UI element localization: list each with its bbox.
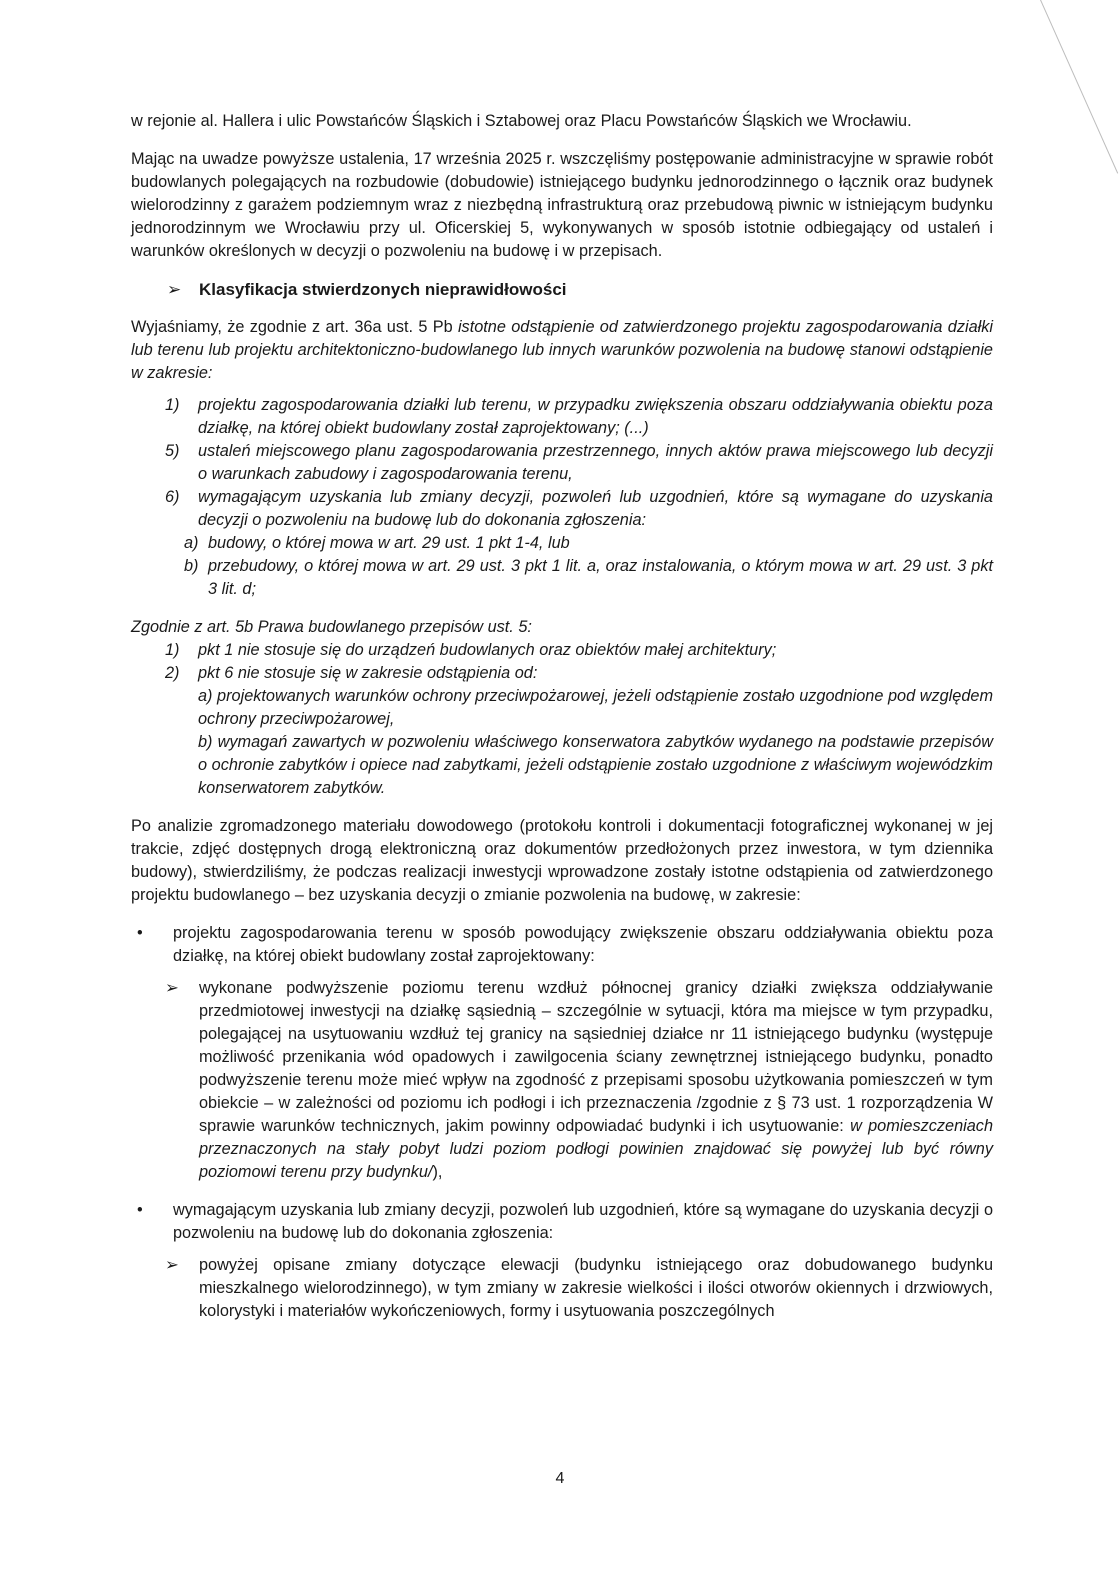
item-text: wymagającym uzyskania lub zmiany decyzji… (198, 488, 993, 529)
art5b-subitem: b) wymagań zawartych w pozwoleniu właści… (131, 731, 993, 800)
finding-item: • projektu zagospodarowania terenu w spo… (131, 922, 993, 968)
finding-detail-tail: ), (433, 1163, 443, 1181)
art36a-subitem: a) budowy, o której mowa w art. 29 ust. … (131, 532, 993, 555)
art36a-subitem: b) przebudowy, o której mowa w art. 29 u… (131, 555, 993, 601)
subitem-text: przebudowy, o której mowa w art. 29 ust.… (208, 557, 993, 598)
art5b-item: 1) pkt 1 nie stosuje się do urządzeń bud… (131, 639, 993, 662)
page-number: 4 (0, 1470, 1120, 1488)
document-page: w rejonie al. Hallera i ulic Powstańców … (131, 110, 993, 1323)
art36a-item: 6) wymagającym uzyskania lub zmiany decy… (131, 486, 993, 532)
arrow-bullet-icon: ➢ (165, 1254, 179, 1277)
intro-paragraph: w rejonie al. Hallera i ulic Powstańców … (131, 110, 993, 133)
analysis-paragraph: Po analizie zgromadzonego materiału dowo… (131, 815, 993, 907)
art36a-item: 1) projektu zagospodarowania działki lub… (131, 394, 993, 440)
item-text: pkt 1 nie stosuje się do urządzeń budowl… (198, 641, 776, 659)
item-number: 6) (165, 486, 179, 509)
finding-detail-text: powyżej opisane zmiany dotyczące elewacj… (199, 1256, 993, 1320)
item-text: projektu zagospodarowania działki lub te… (198, 396, 993, 437)
art5b-intro: Zgodnie z art. 5b Prawa budowlanego prze… (131, 616, 993, 639)
item-number: 1) (165, 639, 179, 662)
section-heading: ➢ Klasyfikacja stwierdzonych nieprawidło… (131, 278, 993, 301)
item-text: pkt 6 nie stosuje się w zakresie odstąpi… (198, 664, 537, 682)
arrow-bullet-icon: ➢ (165, 977, 179, 1000)
arrow-bullet-icon: ➢ (167, 278, 181, 301)
finding-detail-text: wykonane podwyższenie poziomu terenu wzd… (199, 979, 993, 1135)
bullet-dot-icon: • (137, 922, 143, 945)
item-number: 1) (165, 394, 179, 417)
finding-detail: ➢ powyżej opisane zmiany dotyczące elewa… (131, 1254, 993, 1323)
explain-lead: Wyjaśniamy, że zgodnie z art. 36a ust. 5… (131, 318, 458, 336)
art36a-item: 5) ustaleń miejscowego planu zagospodaro… (131, 440, 993, 486)
item-text: ustaleń miejscowego planu zagospodarowan… (198, 442, 993, 483)
subitem-label: a) (184, 532, 198, 555)
finding-item: • wymagającym uzyskania lub zmiany decyz… (131, 1199, 993, 1245)
finding-detail: ➢ wykonane podwyższenie poziomu terenu w… (131, 977, 993, 1184)
explain-paragraph: Wyjaśniamy, że zgodnie z art. 36a ust. 5… (131, 316, 993, 385)
bullet-dot-icon: • (137, 1199, 143, 1222)
item-number: 2) (165, 662, 179, 685)
proceedings-paragraph: Mając na uwadze powyższe ustalenia, 17 w… (131, 148, 993, 263)
item-number: 5) (165, 440, 179, 463)
scan-edge-artifact (1040, 0, 1118, 174)
art5b-subitem: a) projektowanych warunków ochrony przec… (131, 685, 993, 731)
finding-text: wymagającym uzyskania lub zmiany decyzji… (173, 1201, 993, 1242)
subitem-text: budowy, o której mowa w art. 29 ust. 1 p… (208, 534, 570, 552)
subitem-label: b) (184, 555, 198, 578)
art5b-item: 2) pkt 6 nie stosuje się w zakresie odst… (131, 662, 993, 685)
finding-text: projektu zagospodarowania terenu w sposó… (173, 924, 993, 965)
section-heading-title: Klasyfikacja stwierdzonych nieprawidłowo… (199, 280, 567, 299)
